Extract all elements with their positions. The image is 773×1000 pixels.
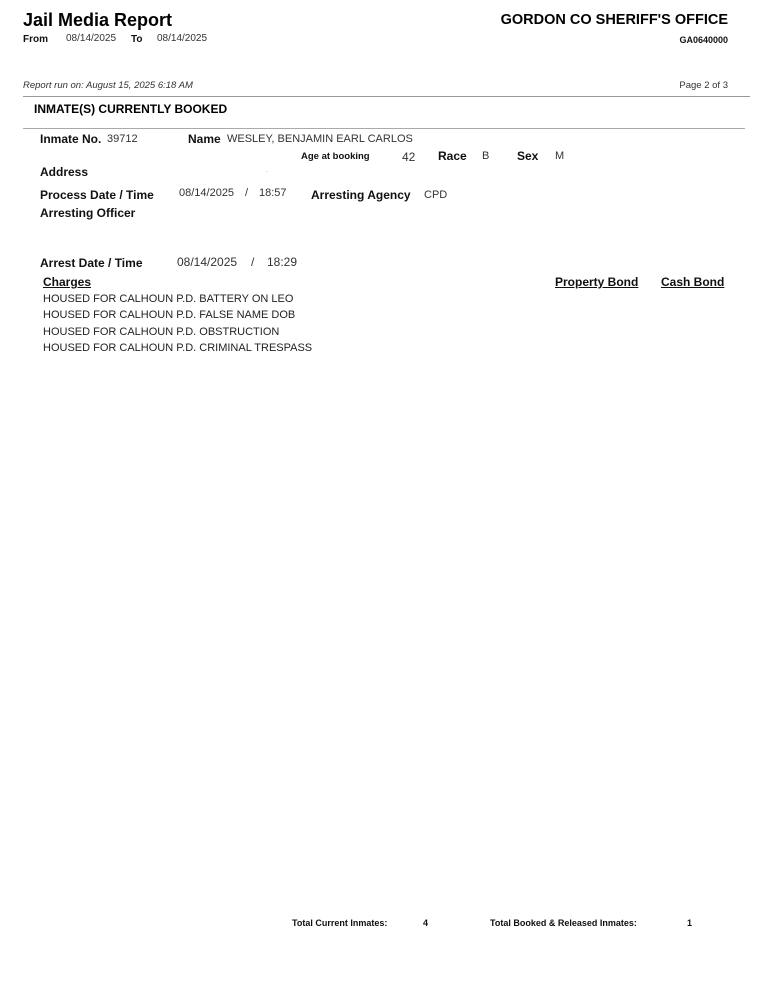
report-run-timestamp: Report run on: August 15, 2025 6:18 AM bbox=[23, 80, 193, 91]
charge-item: HOUSED FOR CALHOUN P.D. CRIMINAL TRESPAS… bbox=[43, 342, 312, 354]
sex-value: M bbox=[555, 150, 564, 162]
inmate-no-label: Inmate No. bbox=[40, 132, 101, 146]
charge-item: HOUSED FOR CALHOUN P.D. FALSE NAME DOB bbox=[43, 309, 295, 321]
race-value: B bbox=[482, 150, 489, 162]
process-date-label: Process Date / Time bbox=[40, 188, 154, 202]
name-value: WESLEY, BENJAMIN EARL CARLOS bbox=[227, 133, 413, 145]
total-current-value: 4 bbox=[423, 918, 428, 928]
address-label: Address bbox=[40, 165, 88, 179]
age-label: Age at booking bbox=[301, 151, 370, 162]
agency-ori: GA0640000 bbox=[679, 35, 728, 45]
address-value: . bbox=[266, 168, 268, 174]
process-time-value: 18:57 bbox=[259, 187, 287, 199]
property-bond-header: Property Bond bbox=[555, 275, 638, 289]
process-separator: / bbox=[245, 187, 248, 199]
charge-item: HOUSED FOR CALHOUN P.D. BATTERY ON LEO bbox=[43, 293, 293, 305]
agency-name: GORDON CO SHERIFF'S OFFICE bbox=[501, 12, 728, 28]
page-indicator: Page 2 of 3 bbox=[679, 80, 728, 91]
charges-header: Charges bbox=[43, 275, 91, 289]
from-date: 08/14/2025 bbox=[66, 33, 116, 44]
inmate-no-value: 39712 bbox=[107, 133, 138, 145]
race-label: Race bbox=[438, 149, 467, 163]
arrest-time-value: 18:29 bbox=[267, 255, 297, 269]
section-divider bbox=[23, 128, 745, 129]
arrest-date-label: Arrest Date / Time bbox=[40, 256, 143, 270]
total-current-label: Total Current Inmates: bbox=[292, 918, 387, 928]
process-date-value: 08/14/2025 bbox=[179, 187, 234, 199]
arrest-separator: / bbox=[251, 255, 254, 269]
to-date: 08/14/2025 bbox=[157, 33, 207, 44]
age-value: 42 bbox=[402, 150, 415, 164]
sex-label: Sex bbox=[517, 149, 538, 163]
total-released-value: 1 bbox=[687, 918, 692, 928]
report-title: Jail Media Report bbox=[23, 10, 172, 31]
to-label: To bbox=[131, 34, 142, 45]
arresting-officer-label: Arresting Officer bbox=[40, 206, 135, 220]
header-divider bbox=[23, 96, 750, 97]
total-released-label: Total Booked & Released Inmates: bbox=[490, 918, 637, 928]
from-label: From bbox=[23, 34, 48, 45]
arresting-agency-label: Arresting Agency bbox=[311, 188, 411, 202]
arresting-agency-value: CPD bbox=[424, 189, 447, 201]
cash-bond-header: Cash Bond bbox=[661, 275, 724, 289]
section-title: INMATE(S) CURRENTLY BOOKED bbox=[34, 102, 227, 116]
charge-item: HOUSED FOR CALHOUN P.D. OBSTRUCTION bbox=[43, 326, 279, 338]
name-label: Name bbox=[188, 132, 221, 146]
arrest-date-value: 08/14/2025 bbox=[177, 255, 237, 269]
